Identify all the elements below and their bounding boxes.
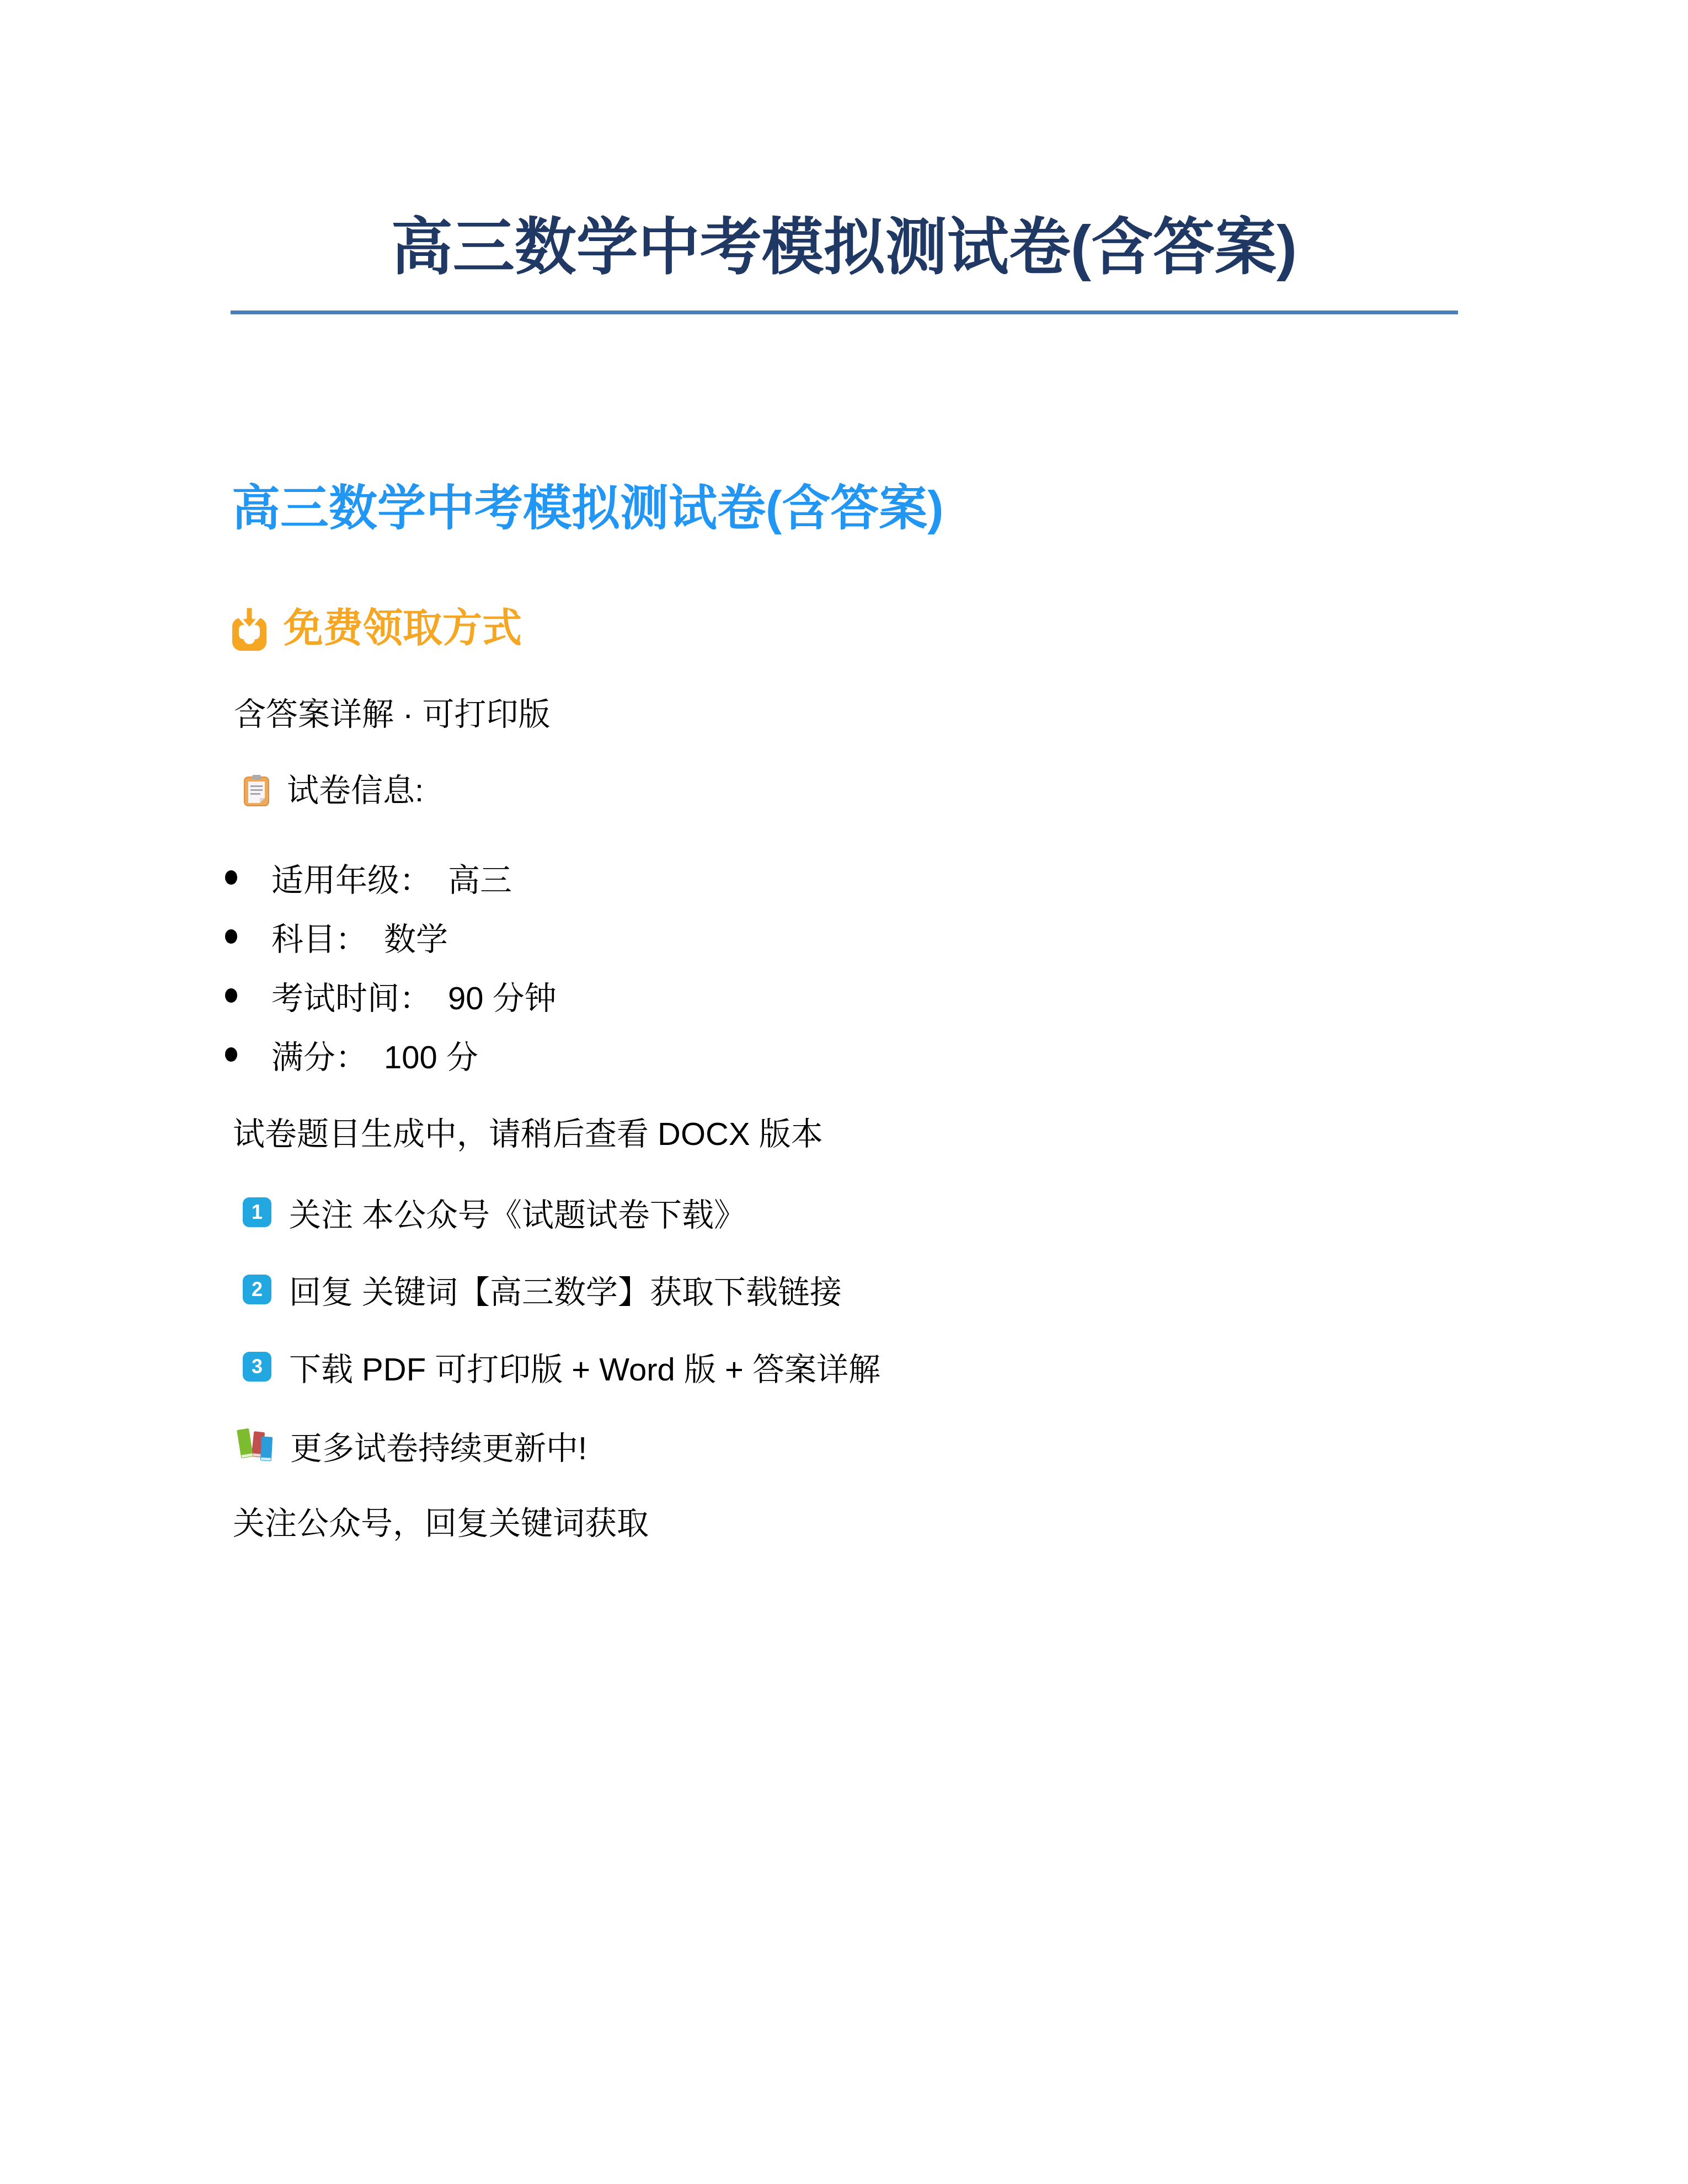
claim-heading-label: 免费领取方式 (284, 608, 522, 648)
item-label: 考试时间： (271, 972, 431, 1019)
page-title: 高三数学中考模拟测试卷(含答案) (0, 0, 1688, 283)
claim-heading-row: 免费领取方式 (232, 604, 1456, 652)
step-row: 2 回复 关键词【高三数学】获取下载链接 (243, 1273, 1456, 1306)
item-value: 高三 (448, 854, 512, 901)
info-heading-row: 试卷信息: (244, 774, 1456, 807)
item-value: 100 分 (384, 1031, 478, 1078)
bullet-icon (225, 988, 237, 1003)
list-item: 科目： 数学 (232, 920, 1456, 953)
books-icon (236, 1427, 279, 1464)
info-list: 适用年级： 高三 科目： 数学 考试时间： 90 分钟 满分： 100 分 (232, 861, 1456, 1071)
download-tray-icon (232, 605, 267, 651)
step-text: 下载 PDF 可打印版 + Word 版 + 答案详解 (289, 1343, 880, 1390)
item-label: 满分： (271, 1031, 367, 1078)
bullet-icon (225, 870, 237, 885)
step-badge: 1 (243, 1197, 271, 1227)
more-note-row: 更多试卷持续更新中! (236, 1427, 1456, 1464)
article-heading: 高三数学中考模拟测试卷(含答案) (232, 483, 1456, 533)
footer-note: 关注公众号，回复关键词获取 (233, 1507, 1456, 1540)
bullet-icon (225, 929, 237, 944)
step-row: 3 下载 PDF 可打印版 + Word 版 + 答案详解 (243, 1350, 1456, 1383)
subtitle: 含答案详解 · 可打印版 (234, 698, 1456, 731)
step-text: 关注 本公众号《试题试卷下载》 (289, 1189, 746, 1235)
step-text: 回复 关键词【高三数学】获取下载链接 (289, 1266, 842, 1313)
list-item: 考试时间： 90 分钟 (232, 979, 1456, 1012)
item-label: 科目： (271, 913, 367, 960)
more-note: 更多试卷持续更新中! (290, 1422, 587, 1469)
list-item: 适用年级： 高三 (232, 861, 1456, 894)
item-label: 适用年级： (271, 854, 431, 901)
clipboard-icon (244, 774, 269, 806)
article-body: 高三数学中考模拟测试卷(含答案) 免费领取方式 含答案详解 · 可打印版 试卷 (0, 483, 1688, 1540)
step-row: 1 关注 本公众号《试题试卷下载》 (243, 1196, 1456, 1229)
bullet-icon (225, 1047, 237, 1062)
list-item: 满分： 100 分 (232, 1038, 1456, 1071)
step-badge: 2 (243, 1275, 271, 1304)
item-value: 90 分钟 (448, 972, 557, 1019)
info-label: 试卷信息: (287, 774, 424, 807)
title-divider (231, 311, 1458, 314)
step-badge: 3 (243, 1352, 271, 1382)
item-value: 数学 (384, 913, 448, 960)
document-page: 高三数学中考模拟测试卷(含答案) 高三数学中考模拟测试卷(含答案) 免费领取方式… (0, 0, 1688, 2184)
generating-note: 试卷题目生成中，请稍后查看 DOCX 版本 (233, 1117, 1456, 1151)
